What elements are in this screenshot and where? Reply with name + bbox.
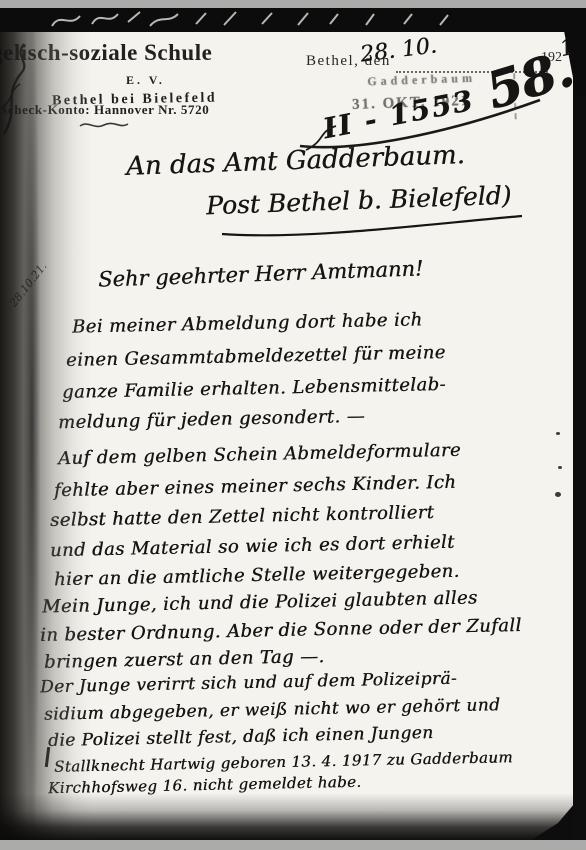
address-underline-icon — [218, 214, 528, 240]
ink-speck — [555, 492, 561, 497]
binding-shadow — [0, 7, 92, 842]
cutoff-writing-marks-icon — [0, 8, 586, 32]
scanner-top-strip — [0, 0, 586, 8]
ink-speck — [556, 432, 560, 435]
ink-speck — [558, 466, 562, 469]
letterhead-org-suffix: E. V. — [126, 73, 165, 88]
bottom-scan-shadow — [0, 793, 586, 842]
binding-crease — [24, 7, 40, 842]
scanner-bottom-strip — [0, 840, 586, 850]
scanned-letter-page: Evangelisch-soziale Schule E. V. Bethel … — [0, 0, 586, 850]
right-scan-edge — [573, 0, 586, 850]
